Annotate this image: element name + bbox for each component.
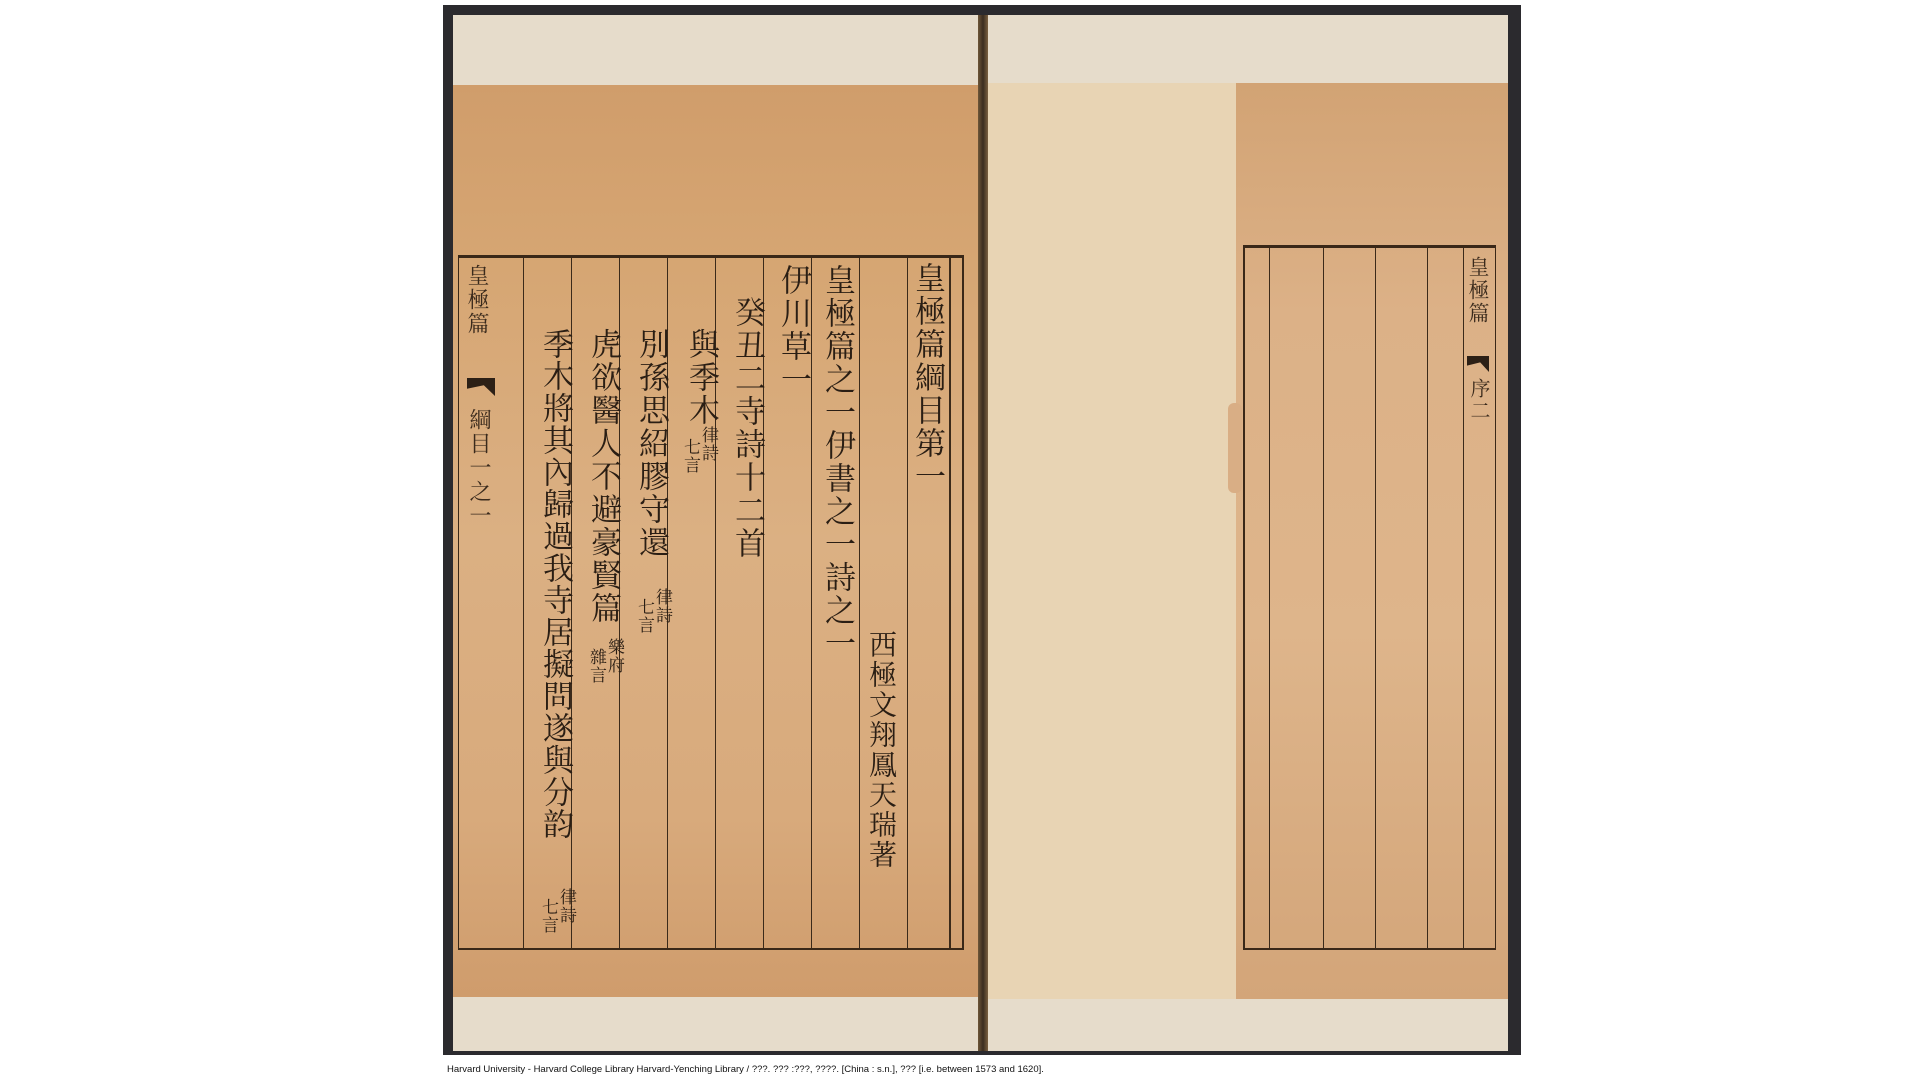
- poem-note-2a: 律詩: [653, 588, 670, 624]
- poem-note-1b: 七言: [681, 438, 698, 474]
- column-rule: [811, 258, 812, 948]
- torn-edge: [1228, 403, 1242, 493]
- book-scan-image: 皇極篇 綱目一之一 皇極篇綱目第一 西極文翔鳳天瑞著 皇極篇之一伊書之一詩之一 …: [443, 5, 1521, 1055]
- right-page: 皇極篇 序二: [988, 15, 1508, 1051]
- column-rule: [859, 258, 860, 948]
- column-rule: [1375, 248, 1376, 948]
- group-heading: 癸丑二寺詩十二首: [731, 296, 762, 560]
- margin-section: 綱目一之一: [467, 408, 489, 528]
- section-heading: 皇極篇之一伊書之一詩之一: [821, 264, 852, 660]
- right-text-frame: 皇極篇 序二: [1243, 245, 1496, 950]
- poem-note-3a: 樂府: [605, 638, 622, 674]
- column-rule: [1427, 248, 1428, 948]
- column-rule: [907, 258, 908, 948]
- poem-note-4b: 七言: [539, 898, 556, 934]
- column-rule: [523, 258, 524, 948]
- left-text-frame: 皇極篇 綱目一之一 皇極篇綱目第一 西極文翔鳳天瑞著 皇極篇之一伊書之一詩之一 …: [458, 255, 964, 950]
- poem-title-2: 別孫思紹膠守還: [635, 328, 666, 559]
- left-leaf: 皇極篇 綱目一之一 皇極篇綱目第一 西極文翔鳳天瑞著 皇極篇之一伊書之一詩之一 …: [453, 85, 978, 997]
- poem-title-3: 虎欲醫人不避豪賢篇: [587, 328, 618, 625]
- toc-title: 皇極篇綱目第一: [911, 262, 942, 493]
- left-page: 皇極篇 綱目一之一 皇極篇綱目第一 西極文翔鳳天瑞著 皇極篇之一伊書之一詩之一 …: [453, 15, 978, 1051]
- book-gutter: [978, 15, 988, 1051]
- fish-tail-mark-icon: [467, 378, 495, 396]
- column-rule: [1463, 248, 1464, 948]
- poem-title-1: 與季木: [685, 328, 716, 427]
- image-caption: Harvard University - Harvard College Lib…: [447, 1064, 1044, 1075]
- poem-note-4a: 律詩: [557, 888, 574, 924]
- author-line: 西極文翔鳳天瑞著: [867, 630, 895, 870]
- poem-note-2b: 七言: [635, 598, 652, 634]
- column-rule: [949, 258, 951, 948]
- column-rule: [1269, 248, 1270, 948]
- margin-section: 序二: [1469, 378, 1489, 422]
- margin-title: 皇極篇: [465, 264, 487, 336]
- poem-title-4: 季木將其內歸過我寺居擬問遂與分韵: [539, 328, 570, 840]
- poem-note-3b: 雜言: [587, 648, 604, 684]
- poem-note-1a: 律詩: [699, 426, 716, 462]
- fish-tail-mark-icon: [1467, 356, 1489, 372]
- right-leaf: 皇極篇 序二: [988, 83, 1508, 999]
- column-rule: [1323, 248, 1324, 948]
- subsection-heading: 伊川草一: [777, 264, 808, 396]
- margin-title: 皇極篇: [1467, 256, 1488, 325]
